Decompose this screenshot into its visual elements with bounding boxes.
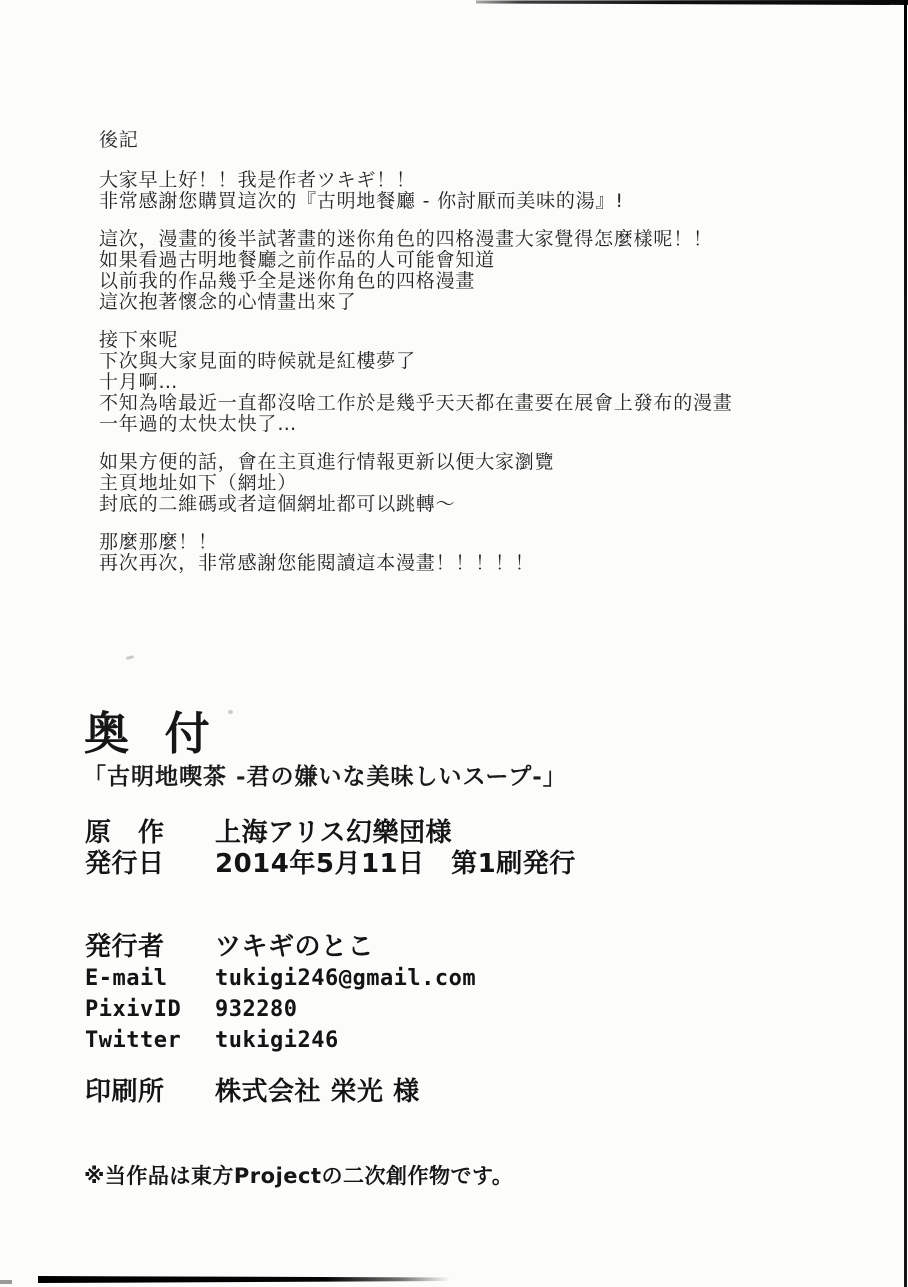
afterword-line: 再次再次，非常感謝您能閱讀這本漫畫！！！！！ [99,553,819,574]
afterword-line: 封底的二維碼或者這個網址都可以跳轉～ [99,494,819,515]
colophon-row-email: E-mail tukigi246@gmail.com [85,963,476,994]
colophon-value-twitter: tukigi246 [215,1025,339,1056]
afterword-paragraph-closing: 那麼那麼！！ 再次再次，非常感謝您能閱讀這本漫畫！！！！！ [99,532,819,574]
afterword-line: 十月啊… [99,372,819,393]
colophon-value: ツキギのとこ [215,932,374,963]
afterword-line: 這次抱著懷念的心情畫出來了 [99,292,819,313]
colophon-publisher-rows: 発行者 ツキギのとこ E-mail tukigi246@gmail.com Pi… [85,932,476,1056]
afterword-line: 不知為啥最近一直都沒啥工作於是幾乎天天都在畫要在展會上發布的漫畫 [99,393,819,414]
colophon-heading: 奥 付 [84,711,211,756]
colophon-value: 2014年5月11日 第1刷発行 [215,849,576,880]
afterword-line: 主頁地址如下（網址） [99,473,819,494]
scan-artifact-top-edge [476,0,908,5]
colophon-printer-rows: 印刷所 株式会社 栄光 様 [85,1077,420,1108]
afterword-paragraph-homepage: 如果方便的話，會在主頁進行情報更新以便大家瀏覽 主頁地址如下（網址） 封底的二維… [99,452,819,515]
colophon-value: 上海アリス幻樂団様 [215,818,452,849]
afterword-line: 這次，漫畫的後半試著畫的迷你角色的四格漫畫大家覺得怎麼樣呢！！ [99,229,819,250]
afterword-paragraph-next-event: 接下來呢 下次與大家見面的時候就是紅樓夢了 十月啊… 不知為啥最近一直都沒啥工作… [99,330,819,435]
colophon-label: 印刷所 [85,1077,215,1108]
afterword-line: 以前我的作品幾乎全是迷你角色的四格漫畫 [99,271,819,292]
scan-artifact-bottom-edge [38,1276,450,1283]
colophon-label: 原 作 [85,818,215,849]
afterword-line: 如果方便的話，會在主頁進行情報更新以便大家瀏覽 [99,452,819,473]
colophon-value-pixiv-id: 932280 [215,994,297,1025]
afterword-line: 一年過的太快太快了… [99,414,819,435]
afterword-line: 那麼那麼！！ [99,532,819,553]
book-title: 「古明地喫茶 -君の嫌いな美味しいスープ-」 [83,758,567,791]
afterword-line: 非常感謝您購買這次的『古明地餐廳 - 你討厭而美味的湯』! [99,191,819,212]
colophon-value-email: tukigi246@gmail.com [215,963,476,994]
afterword-paragraph-greeting: 大家早上好！！我是作者ツキギ！！ 非常感謝您購買這次的『古明地餐廳 - 你討厭而… [99,170,819,212]
derivative-work-note: ※当作品は東方Projectの二次創作物です。 [84,1160,513,1190]
afterword-line: 下次與大家見面的時候就是紅樓夢了 [99,351,819,372]
colophon-label: 発行者 [85,932,215,963]
colophon-label: E-mail [85,963,215,994]
colophon-row-publication-date: 発行日 2014年5月11日 第1刷発行 [85,849,576,880]
colophon-label: 発行日 [85,849,215,880]
afterword-line: 如果看過古明地餐廳之前作品的人可能會知道 [99,250,819,271]
afterword-section: 後記 大家早上好！！我是作者ツキギ！！ 非常感謝您購買這次的『古明地餐廳 - 你… [99,130,819,591]
afterword-paragraph-about-comic: 這次，漫畫的後半試著畫的迷你角色的四格漫畫大家覺得怎麼樣呢！！ 如果看過古明地餐… [99,229,819,313]
colophon-row-printer: 印刷所 株式会社 栄光 様 [85,1077,420,1108]
scan-artifact-dust [228,710,233,714]
colophon-publication-rows: 原 作 上海アリス幻樂団様 発行日 2014年5月11日 第1刷発行 [85,818,576,880]
scanned-doujinshi-colophon-page: 後記 大家早上好！！我是作者ツキギ！！ 非常感謝您購買這次的『古明地餐廳 - 你… [0,0,908,1287]
colophon-value: 株式会社 栄光 様 [215,1077,420,1108]
colophon-row-publisher: 発行者 ツキギのとこ [85,932,476,963]
colophon-row-pixiv-id: PixivID 932280 [85,994,476,1025]
colophon-label: PixivID [85,994,215,1025]
scan-artifact-right-edge [904,0,907,1287]
afterword-line: 大家早上好！！我是作者ツキギ！！ [99,170,819,191]
colophon-row-twitter: Twitter tukigi246 [85,1025,476,1056]
colophon-row-original-work: 原 作 上海アリス幻樂団様 [85,818,576,849]
scan-artifact-corner-speck [0,1280,12,1284]
colophon-label: Twitter [85,1025,215,1056]
afterword-heading: 後記 [99,130,819,151]
scan-artifact-dust [126,655,135,660]
afterword-line: 接下來呢 [99,330,819,351]
